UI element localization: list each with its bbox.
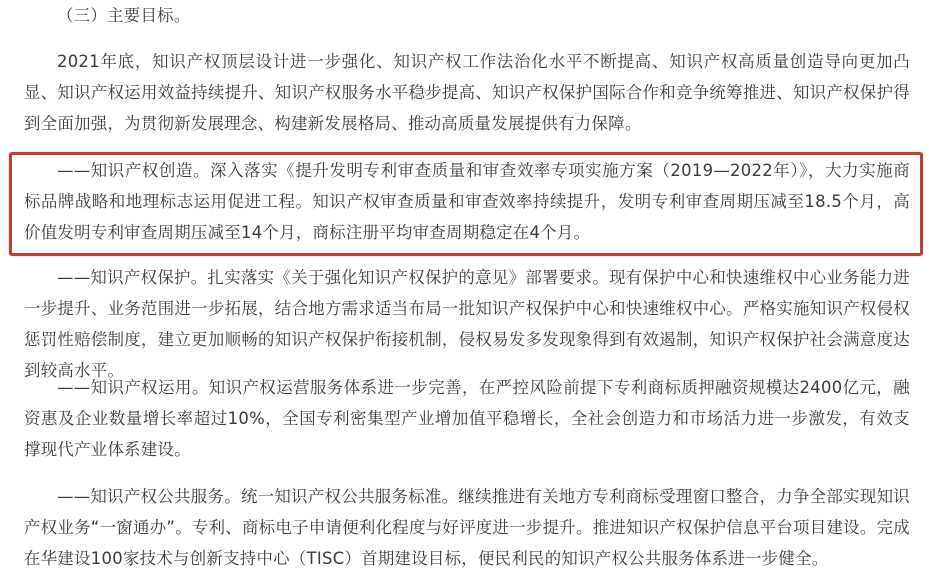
paragraph-ip-public-service: ——知识产权公共服务。统一知识产权公共服务标准。继续推进有关地方专利商标受理窗口… xyxy=(24,481,910,574)
intro-text: 2021年底，知识产权顶层设计进一步强化、知识产权工作法治化水平不断提高、知识产… xyxy=(24,52,910,133)
heading-text: （三）主要目标。 xyxy=(57,6,191,25)
paragraph-ip-use: ——知识产权运用。知识产权运营服务体系进一步完善，在严控风险前提下专利商标质押融… xyxy=(24,372,910,465)
intro-paragraph: 2021年底，知识产权顶层设计进一步强化、知识产权工作法治化水平不断提高、知识产… xyxy=(24,46,910,139)
paragraph-text: ——知识产权运用。知识产权运营服务体系进一步完善，在严控风险前提下专利商标质押融… xyxy=(24,378,910,459)
section-heading: （三）主要目标。 xyxy=(24,0,910,31)
paragraph-text: ——知识产权保护。扎实落实《关于强化知识产权保护的意见》部署要求。现有保护中心和… xyxy=(24,268,910,380)
paragraph-text: ——知识产权创造。深入落实《提升发明专利审查质量和审查效率专项实施方案（2019… xyxy=(24,161,910,242)
paragraph-text: ——知识产权公共服务。统一知识产权公共服务标准。继续推进有关地方专利商标受理窗口… xyxy=(24,487,910,568)
paragraph-ip-protection: ——知识产权保护。扎实落实《关于强化知识产权保护的意见》部署要求。现有保护中心和… xyxy=(24,262,910,386)
paragraph-ip-creation: ——知识产权创造。深入落实《提升发明专利审查质量和审查效率专项实施方案（2019… xyxy=(24,155,910,248)
